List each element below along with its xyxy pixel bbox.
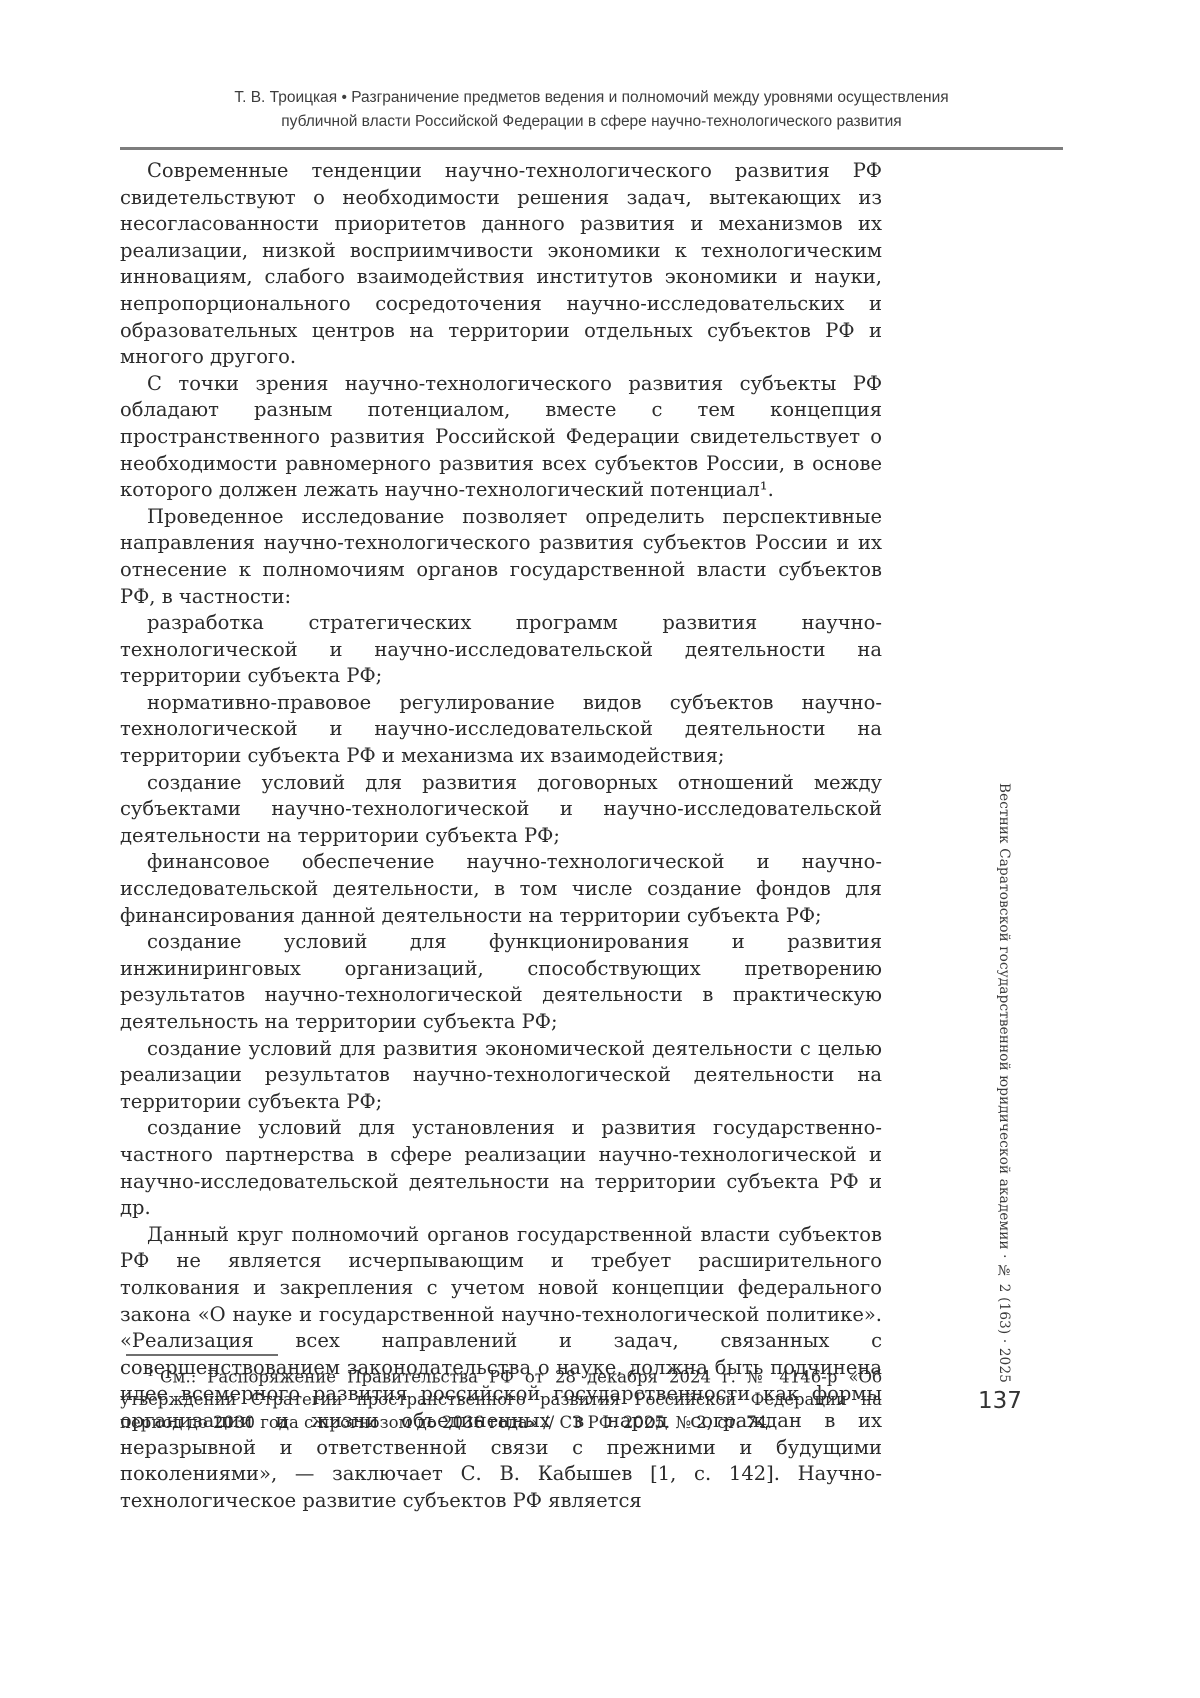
paragraph: нормативно-правовое регулирование видов … [120, 690, 882, 770]
paragraph: создание условий для установления и разв… [120, 1115, 882, 1221]
running-header-line-2: публичной власти Российской Федерации в … [120, 110, 1063, 134]
paragraph: создание условий для развития договорных… [120, 770, 882, 850]
paragraph: финансовое обеспечение научно-технологич… [120, 849, 882, 929]
footnote-text: 1См.: Распоряжение Правительства РФ от 2… [120, 1362, 882, 1434]
paragraph: Проведенное исследование позволяет опред… [120, 504, 882, 610]
footnote: 1См.: Распоряжение Правительства РФ от 2… [120, 1362, 882, 1434]
article-body: Современные тенденции научно-технологиче… [120, 158, 882, 1514]
paragraph: разработка стратегических программ разви… [120, 610, 882, 690]
footnote-rule [126, 1354, 278, 1356]
paragraph: С точки зрения научно-технологического р… [120, 371, 882, 504]
footnote-marker: 1 [147, 1366, 154, 1379]
journal-info-vertical: Вестник Саратовской государственной юрид… [996, 783, 1012, 1273]
paragraph: создание условий для функционирования и … [120, 929, 882, 1035]
page-number: 137 [978, 1388, 1022, 1414]
header-rule [120, 147, 1063, 150]
paragraph: создание условий для развития экономичес… [120, 1036, 882, 1116]
footnote-body: См.: Распоряжение Правительства РФ от 28… [120, 1368, 882, 1432]
paragraph: Современные тенденции научно-технологиче… [120, 158, 882, 371]
journal-page: Т. В. Троицкая • Разграничение предметов… [0, 0, 1200, 1698]
running-header: Т. В. Троицкая • Разграничение предметов… [120, 86, 1063, 134]
running-header-line-1: Т. В. Троицкая • Разграничение предметов… [120, 86, 1063, 110]
